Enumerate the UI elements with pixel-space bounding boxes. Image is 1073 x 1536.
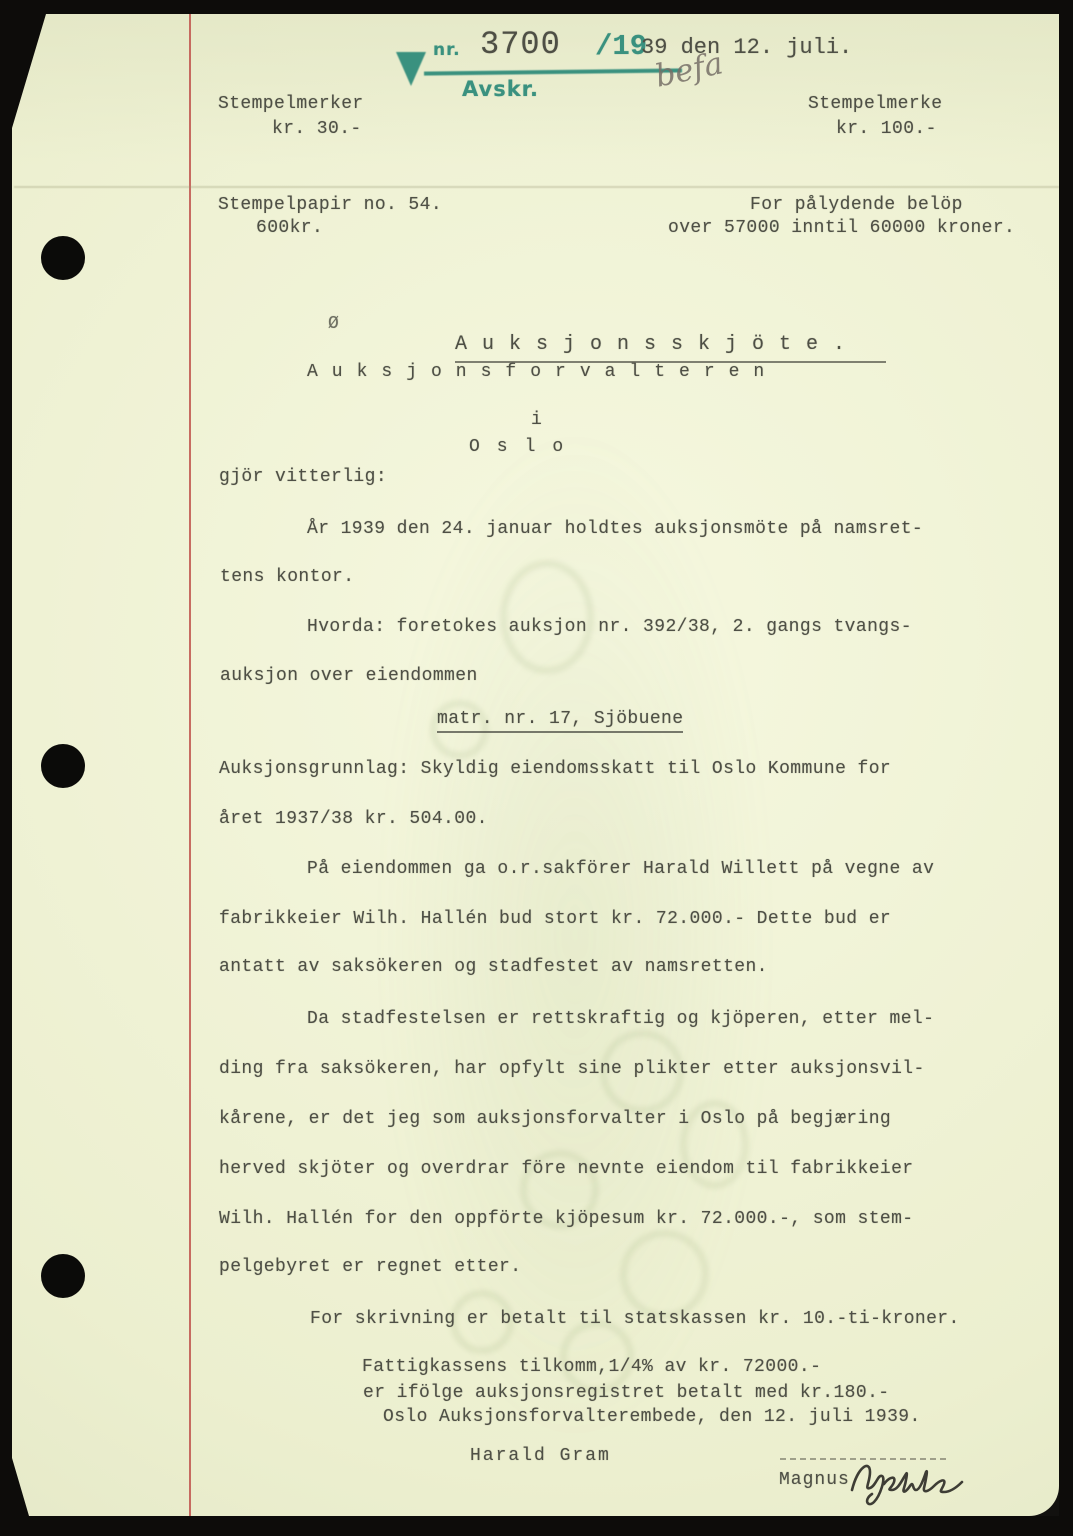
issuer-city: Oslo	[469, 437, 580, 457]
typed-line-15: pelgebyret er regnet etter.	[219, 1257, 521, 1277]
signer-right-typed: Magnus	[779, 1470, 850, 1490]
stamp-fee-left-amount: kr. 30.-	[272, 119, 362, 139]
stamp-paper-amount: 600kr.	[256, 218, 323, 238]
typed-line-8: fabrikkeier Wilh. Hallén bud stort kr. 7…	[219, 909, 891, 929]
document-title: Auksjonsskjöte.	[455, 333, 886, 363]
stamp-paper-title: Stempelpapir no. 54.	[218, 195, 442, 215]
typed-line-16: For skrivning er betalt til statskassen …	[310, 1309, 960, 1329]
typed-line-7: På eiendommen ga o.r.sakförer Harald Wil…	[307, 859, 934, 879]
scanned-document-page: nr. Avskr. /19 3700 39 den 12. juli. bef…	[0, 0, 1073, 1536]
denomination-line2: over 57000 inntil 60000 kroner.	[668, 218, 1015, 238]
showthrough-mark	[620, 1230, 709, 1319]
stamp-fee-right-title: Stempelmerke	[808, 94, 942, 114]
punch-hole	[41, 744, 85, 788]
declaration-lead: gjör vitterlig:	[219, 467, 387, 487]
punch-hole	[41, 1254, 85, 1298]
stamp-year-fragment: /19	[595, 30, 647, 63]
scan-edge-left	[0, 0, 12, 1536]
typed-line-6: året 1937/38 kr. 504.00.	[219, 809, 488, 829]
stamp-triangle-icon	[396, 52, 426, 86]
typed-line-9: antatt av saksökeren og stadfestet av na…	[219, 957, 768, 977]
typed-line-11: ding fra saksökeren, har opfylt sine pli…	[219, 1059, 925, 1079]
typed-line-12: kårene, er det jeg som auksjonsforvalter…	[219, 1109, 891, 1129]
typed-line-19: Oslo Auksjonsforvalterembede, den 12. ju…	[383, 1407, 921, 1427]
handwritten-signature	[848, 1450, 972, 1508]
stamp-fee-right-amount: kr. 100.-	[836, 119, 937, 139]
scan-edge-bottom	[0, 1516, 1073, 1536]
typed-line-2: Hvorda: foretokes auksjon nr. 392/38, 2.…	[307, 617, 912, 637]
typed-line-14: Wilh. Hallén for den oppförte kjöpesum k…	[219, 1209, 914, 1229]
overstrike-mark: Ø	[328, 314, 339, 334]
stamp-avskr-label: Avskr.	[462, 77, 539, 101]
typed-line-5: Auksjonsgrunnlag: Skyldig eiendomsskatt …	[219, 759, 891, 779]
scan-edge-top	[0, 0, 1073, 14]
denomination-line1: For pålydende belöp	[750, 195, 963, 215]
typed-line-18: er ifölge auksjonsregistret betalt med k…	[363, 1383, 889, 1403]
typed-line-3: auksjon over eiendommen	[220, 666, 478, 686]
typed-line-0: År 1939 den 24. januar holdtes auksjonsm…	[307, 519, 923, 539]
typed-line-13: herved skjöter og overdrar före nevnte e…	[219, 1159, 914, 1179]
signer-left-name: Harald Gram	[470, 1446, 611, 1466]
typed-line-1: tens kontor.	[220, 567, 354, 587]
typed-line-17: Fattigkassens tilkomm,1/4% av kr. 72000.…	[362, 1357, 821, 1377]
typed-line-4: matr. nr. 17, Sjöbuene	[437, 709, 683, 733]
margin-ruled-line	[189, 14, 191, 1516]
stamp-fee-left-title: Stempelmerker	[218, 94, 364, 114]
scan-edge-right	[1059, 0, 1073, 1536]
issuer-line: Auksjonsforvalteren	[307, 362, 778, 382]
paper-crease-line	[14, 186, 1059, 188]
journal-number: 3700	[480, 26, 561, 63]
punch-hole	[41, 236, 85, 280]
issuer-in-word: i	[531, 410, 542, 430]
stamp-nr-label: nr.	[433, 40, 461, 60]
typed-line-10: Da stadfestelsen er rettskraftig og kjöp…	[307, 1009, 934, 1029]
